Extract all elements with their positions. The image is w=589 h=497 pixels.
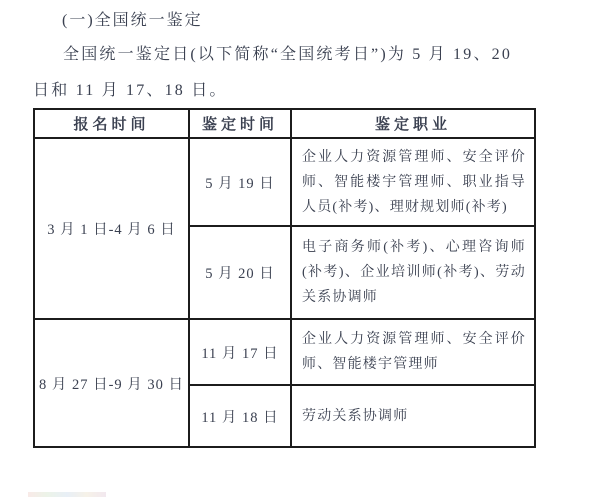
occupations-cell: 企业人力资源管理师、安全评价师、智能楼宇管理师、职业指导人员(补考)、理财规划师… <box>291 138 535 226</box>
occupations-cell: 劳动关系协调师 <box>291 385 535 447</box>
paragraph-line-2: 日和 11 月 17、18 日。 <box>33 77 548 100</box>
header-cell-assessment-occupation: 鉴定职业 <box>291 109 535 138</box>
occupations-cell: 企业人力资源管理师、安全评价师、智能楼宇管理师 <box>291 319 535 385</box>
table-row: 3 月 1 日-4 月 6 日 5 月 19 日 企业人力资源管理师、安全评价师… <box>34 138 535 226</box>
cropped-image-artifact <box>28 492 106 497</box>
registration-period-cell: 3 月 1 日-4 月 6 日 <box>34 138 189 319</box>
header-cell-registration-time: 报名时间 <box>34 109 189 138</box>
table-header-row: 报名时间 鉴定时间 鉴定职业 <box>34 109 535 138</box>
exam-schedule-table: 报名时间 鉴定时间 鉴定职业 3 月 1 日-4 月 6 日 5 月 19 日 … <box>33 108 536 448</box>
assessment-date-cell: 11 月 17 日 <box>189 319 291 385</box>
registration-period-cell: 8 月 27 日-9 月 30 日 <box>34 319 189 447</box>
header-cell-assessment-time: 鉴定时间 <box>189 109 291 138</box>
paragraph-line-1: 全国统一鉴定日(以下简称“全国统考日”)为 5 月 19、20 <box>33 41 548 64</box>
table-row: 8 月 27 日-9 月 30 日 11 月 17 日 企业人力资源管理师、安全… <box>34 319 535 385</box>
assessment-date-cell: 11 月 18 日 <box>189 385 291 447</box>
occupations-cell: 电子商务师(补考)、心理咨询师(补考)、企业培训师(补考)、劳动关系协调师 <box>291 226 535 319</box>
assessment-date-cell: 5 月 19 日 <box>189 138 291 226</box>
section-heading: (一)全国统一鉴定 <box>62 7 203 30</box>
assessment-date-cell: 5 月 20 日 <box>189 226 291 319</box>
